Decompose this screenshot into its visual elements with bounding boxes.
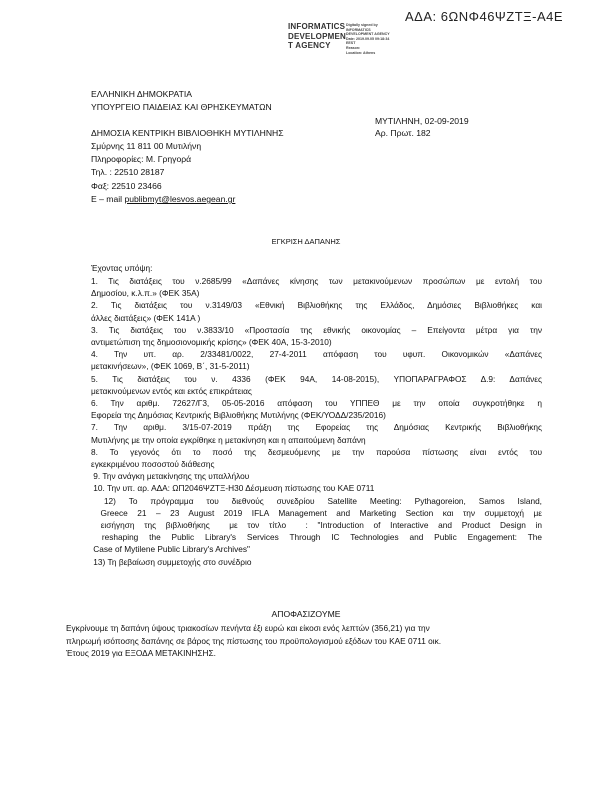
decision-line: Εγκρίνουμε τη δαπάνη ύψους τριακοσίων πε… bbox=[66, 622, 441, 635]
consideration-line: 9. Την ανάγκη μετακίνησης της υπαλλήλου bbox=[91, 470, 542, 482]
consideration-line: 3. Τις διατάξεις του ν.3833/10 «Προστασί… bbox=[91, 324, 542, 336]
country-name: ΕΛΛΗΝΙΚΗ ΔΗΜΟΚΡΑΤΙΑ bbox=[91, 88, 192, 100]
protocol-number: Αρ. Πρωτ. 182 bbox=[375, 127, 431, 139]
consideration-line: εισήγηση της βιβλιοθήκης με τον τίτλο : … bbox=[91, 519, 542, 531]
document-title: ΕΓΚΡΙΣΗ ΔΑΠΑΝΗΣ bbox=[0, 237, 612, 246]
considerations-list: 1. Τις διατάξεις του ν.2685/99 «Δαπάνες … bbox=[91, 275, 542, 568]
consideration-line: μετακινήσεων», (ΦΕΚ 1069, Β΄, 31-5-2011) bbox=[91, 360, 542, 372]
consideration-line: 2. Τις διατάξεις του ν.3149/03 «Εθνική Β… bbox=[91, 299, 542, 311]
consideration-line: Greece 21 – 23 August 2019 IFLA Manageme… bbox=[91, 507, 542, 519]
consideration-line: εγκεκριμένου ποσοστού διάθεσης bbox=[91, 458, 542, 470]
decision-line: πληρωμή ισόποσης δαπάνης σε βάρος της πί… bbox=[66, 635, 441, 648]
info-contact: Πληροφορίες: Μ. Γρηγορά bbox=[91, 153, 191, 165]
logo-line: DEVELOPMEN bbox=[288, 32, 346, 42]
fax: Φαξ: 22510 23466 bbox=[91, 180, 162, 192]
ada-code: ΑΔΑ: 6ΩΝΦ46ΨΖΤΞ-Α4Ε bbox=[405, 9, 563, 24]
organization-name: ΔΗΜΟΣΙΑ ΚΕΝΤΡΙΚΗ ΒΙΒΛΙΟΘΗΚΗ ΜΥΤΙΛΗΝΗΣ bbox=[91, 127, 284, 139]
consideration-line: Case of Mytilene Public Library's Archiv… bbox=[91, 543, 542, 555]
signature-line: Location: Athens bbox=[346, 51, 390, 56]
digital-signature: Digitally signed by INFORMATICS DEVELOPM… bbox=[346, 23, 390, 55]
email-label: Ε – mail bbox=[91, 194, 124, 204]
intro-text: Έχοντας υπόψη: bbox=[91, 262, 152, 274]
logo-line: T AGENCY bbox=[288, 41, 346, 51]
consideration-line: άλλες διατάξεις» (ΦΕΚ 141Α ) bbox=[91, 312, 542, 324]
consideration-line: 13) Τη βεβαίωση συμμετοχής στο συνέδριο bbox=[91, 556, 542, 568]
consideration-line: reshaping the Public Library's Services … bbox=[91, 531, 542, 543]
consideration-line: 6. Την αριθμ. 72627/Γ3, 05-05-2016 απόφα… bbox=[91, 397, 542, 409]
ministry-name: ΥΠΟΥΡΓΕΙΟ ΠΑΙΔΕΙΑΣ ΚΑΙ ΘΡΗΣΚΕΥΜΑΤΩΝ bbox=[91, 101, 272, 113]
consideration-line: 5. Τις διατάξεις του ν. 4336 (ΦΕΚ 94Α, 1… bbox=[91, 373, 542, 385]
consideration-line: μετακινούμενων εντός και εκτός επικράτει… bbox=[91, 385, 542, 397]
phone: Τηλ. : 22510 28187 bbox=[91, 166, 164, 178]
consideration-line: Μυτιλήνης με την οποία εγκρίθηκε η μετακ… bbox=[91, 434, 542, 446]
email-link[interactable]: publibmyt@lesvos.aegean.gr bbox=[124, 194, 235, 204]
consideration-line: 10. Την υπ. αρ. ΑΔΑ: ΩΠ2046ΨΖΤΞ-Η30 Δέσμ… bbox=[91, 482, 542, 494]
decision-line: Έτους 2019 για ΕΞΟΔΑ ΜΕΤΑΚΙΝΗΣΗΣ. bbox=[66, 647, 441, 660]
consideration-line: 7. Την αριθμ. 3/15-07-2019 πράξη της Εφο… bbox=[91, 421, 542, 433]
consideration-line: Εφορεία της Δημόσιας Κεντρικής Βιβλιοθήκ… bbox=[91, 409, 542, 421]
agency-logo: INFORMATICS DEVELOPMEN T AGENCY bbox=[288, 22, 346, 51]
consideration-line: αντιμετώπιση της δημοσιονομικής κρίσης» … bbox=[91, 336, 542, 348]
decision-body: Εγκρίνουμε τη δαπάνη ύψους τριακοσίων πε… bbox=[66, 622, 441, 660]
place-date: ΜΥΤΙΛΗΝΗ, 02-09-2019 bbox=[375, 115, 469, 127]
consideration-line: 1. Τις διατάξεις του ν.2685/99 «Δαπάνες … bbox=[91, 275, 542, 287]
email-row: Ε – mail publibmyt@lesvos.aegean.gr bbox=[91, 193, 235, 205]
logo-line: INFORMATICS bbox=[288, 22, 346, 32]
consideration-line: 4. Την υπ. αρ. 2/33481/0022, 27-4-2011 α… bbox=[91, 348, 542, 360]
decision-heading: ΑΠΟΦΑΣΙΖΟΥΜΕ bbox=[0, 609, 612, 619]
consideration-line: Δημοσίου, κ.λ.π.» (ΦΕΚ 35Α) bbox=[91, 287, 542, 299]
consideration-line: 8. Το γεγονός ότι το ποσό της δεσμευόμεν… bbox=[91, 446, 542, 458]
address: Σμύρνης 11 811 00 Μυτιλήνη bbox=[91, 140, 201, 152]
consideration-line: 12) Το πρόγραμμα του διεθνούς συνεδρίου … bbox=[91, 495, 542, 507]
